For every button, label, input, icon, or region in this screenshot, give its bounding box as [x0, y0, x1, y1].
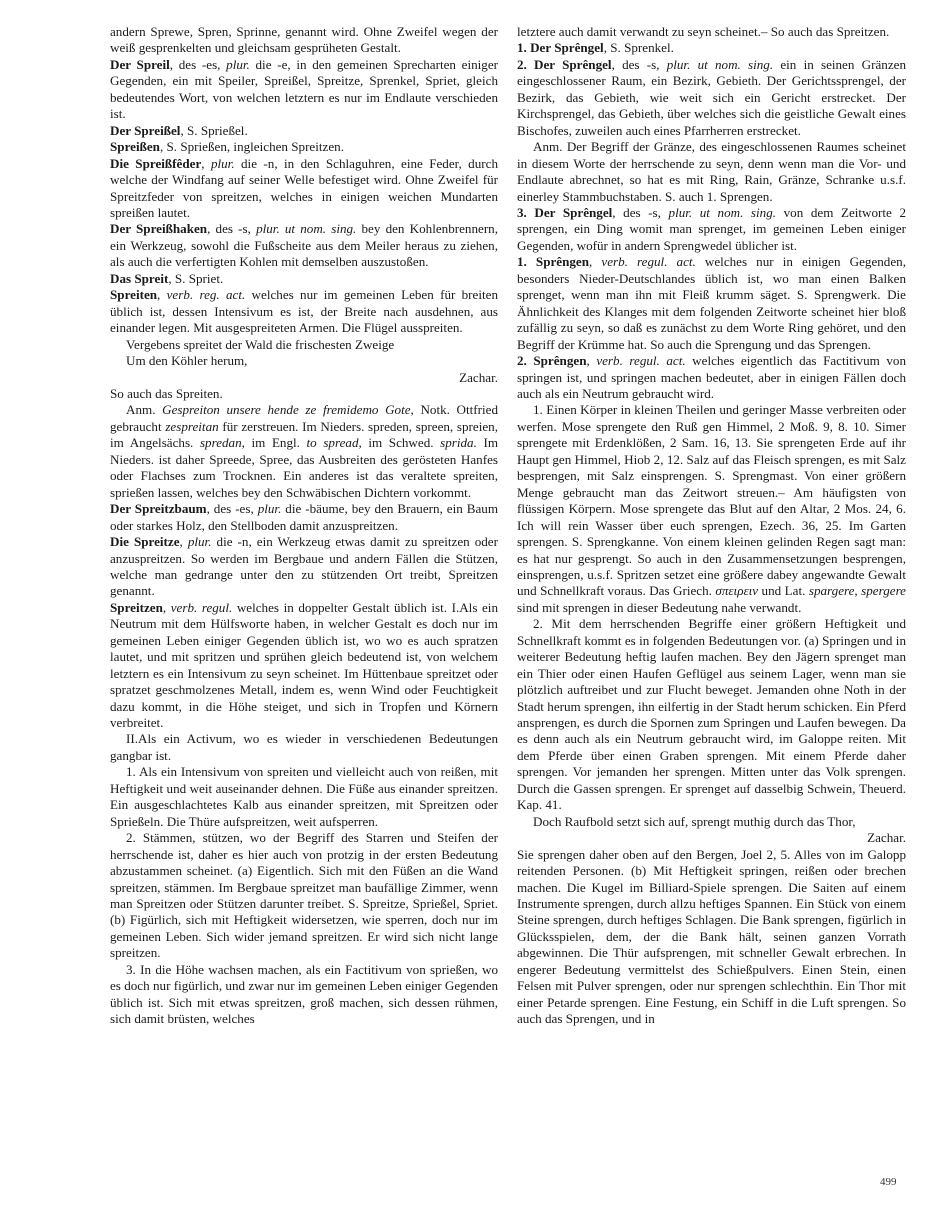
dictionary-entry: 1. Sprêngen, verb. regul. act. welches n… — [517, 254, 906, 353]
text: im Engl. — [245, 435, 307, 450]
left-column: andern Sprewe, Spren, Sprinne, genannt w… — [110, 24, 498, 1028]
text: Anm. — [126, 402, 162, 417]
dictionary-entry: Die Spreißfêder, plur. die -n, in den Sc… — [110, 156, 498, 222]
text: Zachar. — [459, 370, 498, 385]
verse-line: Doch Raufbold setzt sich auf, sprengt mu… — [517, 814, 906, 830]
italic-text: to spread, — [307, 435, 362, 450]
text: , des -s, — [612, 57, 667, 72]
headword: Der Spreil — [110, 57, 170, 72]
italic-text: plur. ut nom. sing. — [667, 57, 773, 72]
italic-text: spargere, spergere — [809, 583, 906, 598]
text: 2. Mit dem herrschenden Begriffe einer g… — [517, 616, 906, 812]
dictionary-entry: 2. Der Sprêngel, des -s, plur. ut nom. s… — [517, 57, 906, 139]
text: , des -s, — [207, 221, 256, 236]
italic-text: plur. — [211, 156, 235, 171]
paragraph: 2. Mit dem herrschenden Begriffe einer g… — [517, 616, 906, 813]
dictionary-entry: Der Spreißel, S. Sprießel. — [110, 123, 498, 139]
italic-text: sprida. — [440, 435, 477, 450]
italic-text: verb. reg. act. — [167, 287, 246, 302]
text: , des -es, — [207, 501, 258, 516]
headword: Die Spreitze — [110, 534, 180, 549]
paragraph: 1. Einen Körper in kleinen Theilen und g… — [517, 402, 906, 616]
text: welches in doppelter Gestalt üblich ist.… — [110, 600, 498, 730]
headword: 2. Sprêngen — [517, 353, 586, 368]
italic-text: verb. regul. — [171, 600, 233, 615]
text: , S. Sprießel. — [180, 123, 247, 138]
italic-text: plur. — [188, 534, 212, 549]
headword: Spreitzen — [110, 600, 163, 615]
text: , — [201, 156, 211, 171]
dictionary-entry: Der Spreitzbaum, des -es, plur. die -bäu… — [110, 501, 498, 534]
headword: Spreißen — [110, 139, 160, 154]
dictionary-entry: Spreiten, verb. reg. act. welches nur im… — [110, 287, 498, 336]
headword: Der Spreißel — [110, 123, 180, 138]
right-column: letztere auch damit verwandt zu seyn sch… — [517, 24, 906, 1028]
text: andern Sprewe, Spren, Sprinne, genannt w… — [110, 24, 498, 55]
text: , — [586, 353, 596, 368]
dictionary-entry: Der Spreil, des -es, plur. die -e, in de… — [110, 57, 498, 123]
dictionary-entry: Die Spreitze, plur. die -n, ein Werkzeug… — [110, 534, 498, 600]
text: , — [157, 287, 167, 302]
paragraph: 1. Als ein Intensivum von spreiten und v… — [110, 764, 498, 830]
headword: Der Spreitzbaum — [110, 501, 207, 516]
dictionary-entry: Der Spreißhaken, des -s, plur. ut nom. s… — [110, 221, 498, 270]
paragraph: 2. Stämmen, stützen, wo der Begriff des … — [110, 830, 498, 962]
text: , — [163, 600, 171, 615]
text: , — [180, 534, 188, 549]
dictionary-entry: Das Spreit, S. Spriet. — [110, 271, 498, 287]
headword: 1. Der Sprêngel — [517, 40, 604, 55]
headword: Spreiten — [110, 287, 157, 302]
paragraph: andern Sprewe, Spren, Sprinne, genannt w… — [110, 24, 498, 57]
dictionary-entry: Spreißen, S. Sprießen, ingleichen Spreit… — [110, 139, 498, 155]
paragraph: letztere auch damit verwandt zu seyn sch… — [517, 24, 906, 40]
text: im Schwed. — [362, 435, 440, 450]
italic-text: plur. ut nom. sing. — [256, 221, 356, 236]
dictionary-entry: 1. Der Sprêngel, S. Sprenkel. — [517, 40, 906, 56]
text: Zachar. — [867, 830, 906, 845]
text: Doch Raufbold setzt sich auf, sprengt mu… — [533, 814, 856, 829]
italic-text: spredan, — [200, 435, 245, 450]
text: letztere auch damit verwandt zu seyn sch… — [517, 24, 889, 39]
page-number: 499 — [880, 1176, 897, 1188]
text: , — [589, 254, 601, 269]
headword: Die Spreißfêder — [110, 156, 201, 171]
citation-attribution: Zachar. — [517, 830, 906, 846]
text: 1. Einen Körper in kleinen Theilen und g… — [517, 402, 906, 598]
text: 3. In die Höhe wachsen machen, als ein F… — [110, 962, 498, 1026]
paragraph: II.Als ein Activum, wo es wieder in vers… — [110, 731, 498, 764]
headword: Der Spreißhaken — [110, 221, 207, 236]
text: Anm. Der Begriff der Gränze, des eingesc… — [517, 139, 906, 203]
italic-text: plur. — [226, 57, 250, 72]
italic-text: plur. ut nom. sing. — [669, 205, 777, 220]
text: , des -s, — [612, 205, 668, 220]
headword: 2. Der Sprêngel — [517, 57, 612, 72]
dictionary-entry: 2. Sprêngen, verb. regul. act. welches e… — [517, 353, 906, 402]
text: , S. Spriet. — [168, 271, 223, 286]
paragraph: 3. In die Höhe wachsen machen, als ein F… — [110, 962, 498, 1028]
text: Sie sprengen daher oben auf den Bergen, … — [517, 847, 906, 1027]
text: und Lat. — [758, 583, 809, 598]
text: , S. Sprießen, ingleichen Spreitzen. — [160, 139, 344, 154]
text: Um den Köhler herum, — [126, 353, 247, 368]
paragraph: Sie sprengen daher oben auf den Bergen, … — [517, 847, 906, 1028]
dictionary-entry: 3. Der Sprêngel, des -s, plur. ut nom. s… — [517, 205, 906, 254]
italic-text: Gespreiton unsere hende ze fremidemo Got… — [162, 402, 414, 417]
headword: Das Spreit — [110, 271, 168, 286]
italic-text: σπειρειν — [715, 583, 758, 598]
citation-attribution: Zachar. — [110, 370, 498, 386]
verse-line: Vergebens spreitet der Wald die frisches… — [110, 337, 498, 353]
italic-text: verb. regul. act. — [596, 353, 685, 368]
text: sind mit sprengen in dieser Bedeutung na… — [517, 600, 801, 615]
text: 2. Stämmen, stützen, wo der Begriff des … — [110, 830, 498, 960]
headword: 1. Sprêngen — [517, 254, 589, 269]
text: Vergebens spreitet der Wald die frisches… — [126, 337, 394, 352]
text: So auch das Spreiten. — [110, 386, 223, 401]
paragraph: Anm. Der Begriff der Gränze, des eingesc… — [517, 139, 906, 205]
italic-text: zespreitan — [165, 419, 218, 434]
text: 1. Als ein Intensivum von spreiten und v… — [110, 764, 498, 828]
paragraph: So auch das Spreiten. — [110, 386, 498, 402]
paragraph: Anm. Gespreiton unsere hende ze fremidem… — [110, 402, 498, 501]
italic-text: plur. — [258, 501, 282, 516]
dictionary-entry: Spreitzen, verb. regul. welches in doppe… — [110, 600, 498, 732]
verse-line: Um den Köhler herum, — [110, 353, 498, 369]
text: II.Als ein Activum, wo es wieder in vers… — [110, 731, 498, 762]
headword: 3. Der Sprêngel — [517, 205, 612, 220]
italic-text: verb. regul. act. — [601, 254, 695, 269]
text: , S. Sprenkel. — [604, 40, 674, 55]
text: , des -es, — [170, 57, 226, 72]
